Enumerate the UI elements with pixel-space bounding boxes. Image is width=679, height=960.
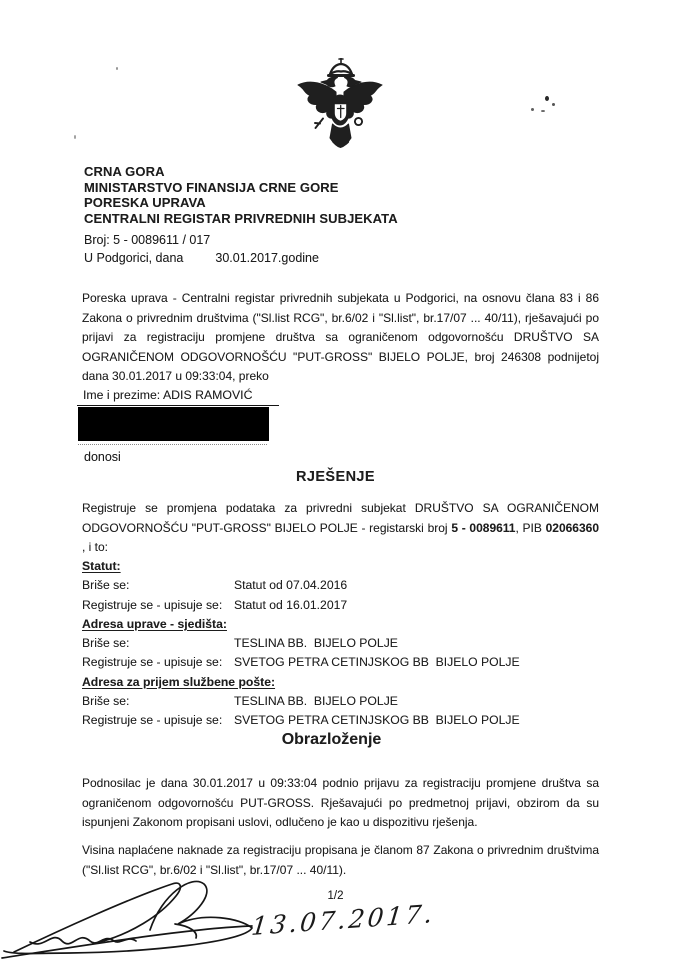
decision-paragraph: Registruje se promjena podataka za privr… [82, 499, 599, 558]
org-line-country: CRNA GORA [84, 164, 398, 180]
scan-speck [541, 110, 545, 112]
pib-number: 02066360 [546, 521, 599, 535]
table-row: Registruje se - upisuje se:Statut od 16.… [82, 596, 602, 615]
org-line-registry: CENTRALNI REGISTAR PRIVREDNIH SUBJEKATA [84, 211, 398, 227]
issue-date: 30.01.2017.godine [215, 251, 319, 265]
org-line-tax-admin: PORESKA UPRAVA [84, 195, 398, 211]
table-row: Briše se:Statut od 07.04.2016 [82, 576, 602, 595]
row-label: Registruje se - upisuje se: [82, 711, 234, 730]
section-title-adresa-uprave: Adresa uprave - sjedišta: [82, 615, 602, 634]
scan-speck [74, 135, 76, 139]
row-value: SVETOG PETRA CETINJSKOG BB BIJELO POLJE [234, 713, 520, 727]
row-label: Briše se: [82, 634, 234, 653]
decision-title: RJEŠENJE [0, 469, 675, 485]
decision-text: , i to: [82, 540, 108, 554]
reference-number: Broj: 5 - 0089611 / 017 [84, 232, 398, 248]
letterhead: CRNA GORA MINISTARSTVO FINANSIJA CRNE GO… [84, 164, 398, 266]
row-label: Registruje se - upisuje se: [82, 653, 234, 672]
section-title-statut: Statut: [82, 557, 602, 576]
table-row: Briše se:TESLINA BB. BIJELO POLJE [82, 634, 602, 653]
scan-speck [552, 103, 555, 106]
scan-speck [545, 96, 549, 101]
explanation-paragraph-1: Podnosilac je dana 30.01.2017 u 09:33:04… [82, 774, 599, 833]
row-label: Briše se: [82, 576, 234, 595]
intro-paragraph: Poreska uprava - Centralni registar priv… [82, 289, 599, 387]
decision-text: , PIB [515, 521, 545, 535]
row-value: Statut od 16.01.2017 [234, 598, 347, 612]
donosi-word: donosi [84, 450, 121, 464]
row-value: SVETOG PETRA CETINJSKOG BB BIJELO POLJE [234, 655, 520, 669]
row-label: Briše se: [82, 692, 234, 711]
org-line-ministry: MINISTARSTVO FINANSIJA CRNE GORE [84, 180, 398, 196]
row-value: Statut od 07.04.2016 [234, 578, 347, 592]
document-page: CRNA GORA MINISTARSTVO FINANSIJA CRNE GO… [0, 0, 679, 960]
place-and-date-line: U Podgorici, dana30.01.2017.godine [84, 250, 398, 266]
submitter-name-line: Ime i prezime: ADIS RAMOVIĆ [77, 388, 279, 406]
redaction-bottom-line [78, 444, 267, 445]
table-row: Registruje se - upisuje se:SVETOG PETRA … [82, 653, 602, 672]
row-value: TESLINA BB. BIJELO POLJE [234, 636, 398, 650]
table-row: Registruje se - upisuje se:SVETOG PETRA … [82, 711, 602, 730]
explanation-title: Obrazloženje [0, 731, 671, 749]
handwritten-date: 13.07.2017. [250, 899, 437, 941]
row-label: Registruje se - upisuje se: [82, 596, 234, 615]
redacted-block [78, 407, 269, 441]
signature [0, 868, 270, 960]
scan-speck [531, 108, 534, 111]
scan-speck [116, 67, 118, 70]
registry-number: 5 - 0089611 [451, 521, 515, 535]
place-prefix: U Podgorici, dana [84, 251, 183, 265]
section-title-adresa-posta: Adresa za prijem službene pošte: [82, 673, 602, 692]
montenegro-coat-of-arms-icon [290, 58, 390, 168]
table-row: Briše se:TESLINA BB. BIJELO POLJE [82, 692, 602, 711]
row-value: TESLINA BB. BIJELO POLJE [234, 694, 398, 708]
registration-changes: Statut: Briše se:Statut od 07.04.2016 Re… [82, 557, 602, 731]
